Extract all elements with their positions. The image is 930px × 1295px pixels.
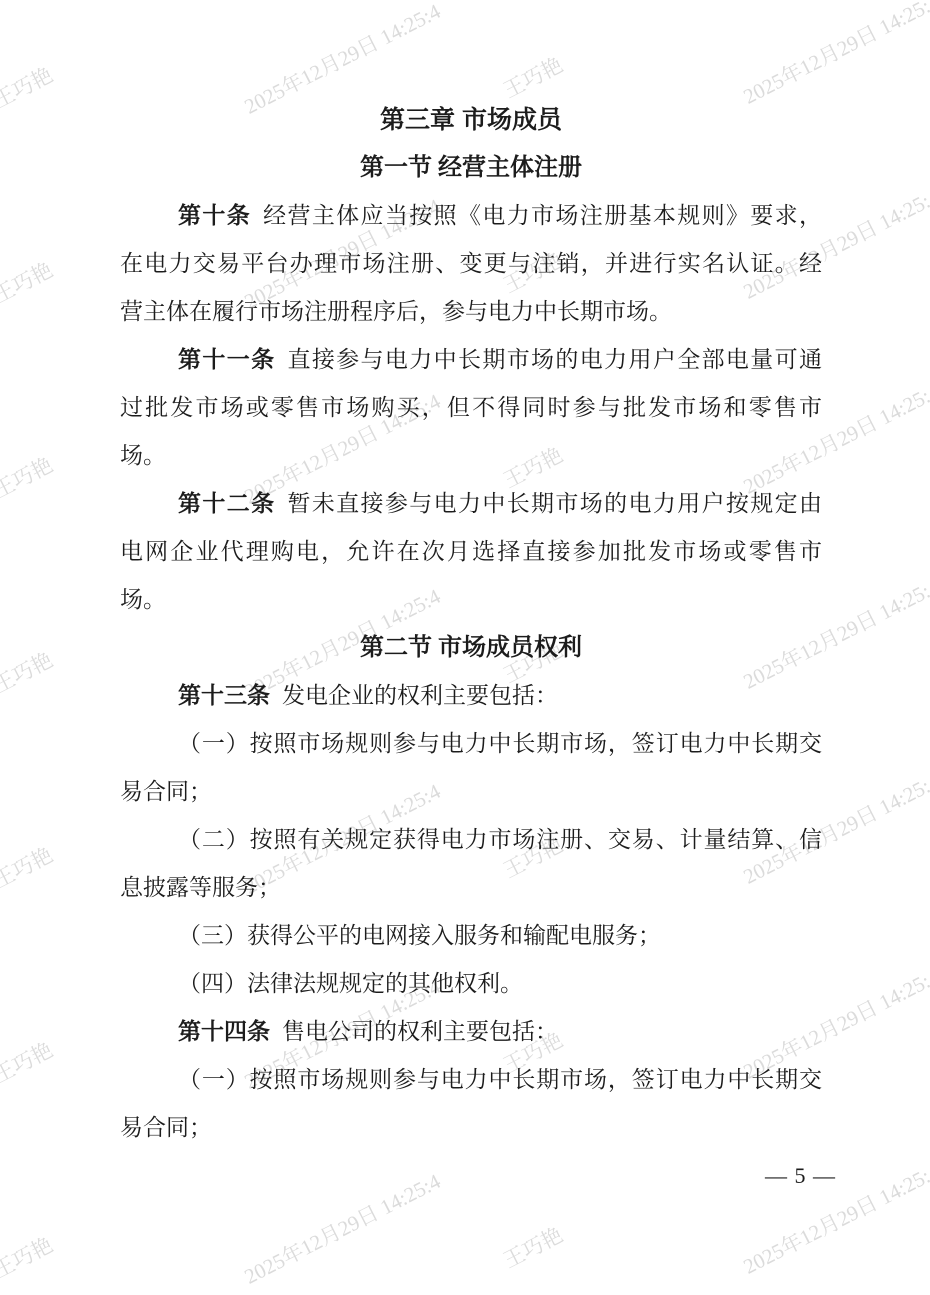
- text-line: 营主体在履行市场注册程序后，参与电力中长期市场。: [120, 288, 822, 336]
- text-line: 场。: [120, 432, 822, 480]
- watermark-name: 王巧艳: [0, 1233, 57, 1283]
- text-line: （二）按照有关规定获得电力市场注册、交易、计量结算、信: [120, 816, 822, 864]
- section-heading: 第一节 经营主体注册: [120, 144, 822, 192]
- watermark-name: 王巧艳: [0, 453, 57, 503]
- section-heading: 第二节 市场成员权利: [120, 624, 822, 672]
- watermark-name: 王巧艳: [0, 843, 57, 893]
- document-page: 王巧艳2025年12月29日 14:25:4王巧艳2025年12月29日 14:…: [0, 0, 930, 1295]
- watermark-name: 王巧艳: [0, 63, 57, 113]
- article-number: 第十条: [178, 203, 251, 228]
- text-line: 息披露等服务；: [120, 864, 822, 912]
- text-line: 在电力交易平台办理市场注册、变更与注销，并进行实名认证。经: [120, 240, 822, 288]
- text-line: 易合同；: [120, 1104, 822, 1152]
- watermark-datetime: 2025年12月29日 14:25:4: [241, 1169, 445, 1289]
- article-number: 第十三条: [178, 683, 270, 708]
- article-number: 第十二条: [178, 491, 275, 516]
- text-line: 第十四条售电公司的权利主要包括：: [120, 1008, 822, 1056]
- text-line: 场。: [120, 576, 822, 624]
- document-body: 第三章 市场成员第一节 经营主体注册第十条经营主体应当按照《电力市场注册基本规则…: [120, 96, 822, 1152]
- watermark-name: 王巧艳: [0, 1038, 57, 1088]
- page-number-label: — 5 —: [765, 1163, 836, 1188]
- text-line: 电网企业代理购电，允许在次月选择直接参加批发市场或零售市: [120, 528, 822, 576]
- text-line: 易合同；: [120, 768, 822, 816]
- text-line: 第十三条发电企业的权利主要包括：: [120, 672, 822, 720]
- watermark-name: 王巧艳: [0, 648, 57, 698]
- text-line: 过批发市场或零售市场购买，但不得同时参与批发市场和零售市: [120, 384, 822, 432]
- watermark-name: 王巧艳: [0, 258, 57, 308]
- chapter-heading: 第三章 市场成员: [120, 96, 822, 144]
- text-line: （一）按照市场规则参与电力中长期市场，签订电力中长期交: [120, 720, 822, 768]
- watermark-datetime: 2025年12月29日 14:25:4: [740, 0, 930, 109]
- text-line: （三）获得公平的电网接入服务和输配电服务；: [120, 912, 822, 960]
- text-line: （一）按照市场规则参与电力中长期市场，签订电力中长期交: [120, 1056, 822, 1104]
- article-number: 第十四条: [178, 1019, 270, 1044]
- text-line: （四）法律法规规定的其他权利。: [120, 960, 822, 1008]
- article-number: 第十一条: [178, 347, 275, 372]
- watermark-name: 王巧艳: [500, 1223, 567, 1273]
- text-line: 第十二条暂未直接参与电力中长期市场的电力用户按规定由: [120, 480, 822, 528]
- text-line: 第十一条直接参与电力中长期市场的电力用户全部电量可通: [120, 336, 822, 384]
- text-line: 第十条经营主体应当按照《电力市场注册基本规则》要求，: [120, 192, 822, 240]
- page-number: — 5 —: [765, 1162, 836, 1190]
